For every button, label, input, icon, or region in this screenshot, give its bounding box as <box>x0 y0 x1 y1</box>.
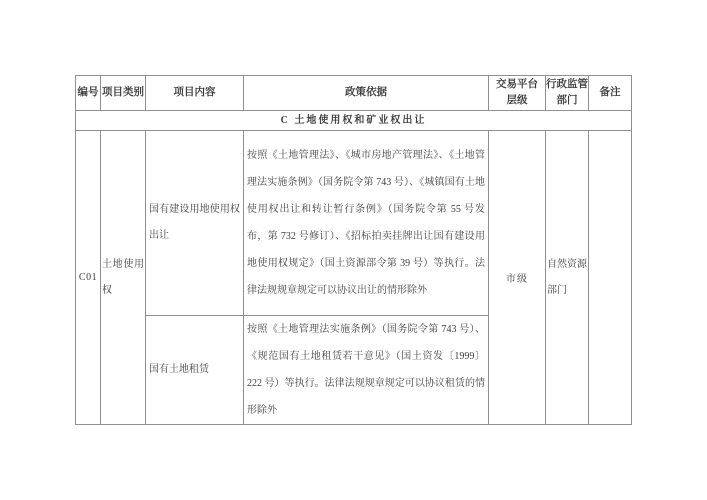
section-title: C 土地使用权和矿业权出让 <box>76 111 632 131</box>
cell-policy-lease: 按照《土地管理法实施条例》（国务院令第 743 号）、《规范国有土地租赁若干意见… <box>244 316 489 425</box>
col-header-content: 项目内容 <box>146 76 244 111</box>
section-row: C 土地使用权和矿业权出让 <box>76 111 632 131</box>
cell-regulator: 自然资源部门 <box>546 131 589 425</box>
col-header-remark: 备注 <box>589 76 632 111</box>
document-page: 编号 项目类别 项目内容 政策依据 交易平台 层级 行政监管 部门 备注 C 土… <box>0 0 707 500</box>
table-header-row: 编号 项目类别 项目内容 政策依据 交易平台 层级 行政监管 部门 备注 <box>76 76 632 111</box>
col-header-policy-basis: 政策依据 <box>244 76 489 111</box>
cell-content-lease: 国有土地租赁 <box>146 316 244 425</box>
col-header-category: 项目类别 <box>101 76 146 111</box>
cell-category: 土地使用权 <box>101 131 146 425</box>
cell-remark <box>589 131 632 425</box>
policy-table: 编号 项目类别 项目内容 政策依据 交易平台 层级 行政监管 部门 备注 C 土… <box>75 75 632 425</box>
col-header-code: 编号 <box>76 76 101 111</box>
col-header-regulator: 行政监管 部门 <box>546 76 589 111</box>
col-header-platform-level: 交易平台 层级 <box>489 76 546 111</box>
cell-platform-level: 市级 <box>489 131 546 425</box>
cell-code: C01 <box>76 131 101 425</box>
cell-policy-transfer: 按照《土地管理法》、《城市房地产管理法》、《土地管理法实施条例》（国务院令第 7… <box>244 131 489 316</box>
table-row: C01 土地使用权 国有建设用地使用权出让 按照《土地管理法》、《城市房地产管理… <box>76 131 632 316</box>
cell-content-transfer: 国有建设用地使用权出让 <box>146 131 244 316</box>
